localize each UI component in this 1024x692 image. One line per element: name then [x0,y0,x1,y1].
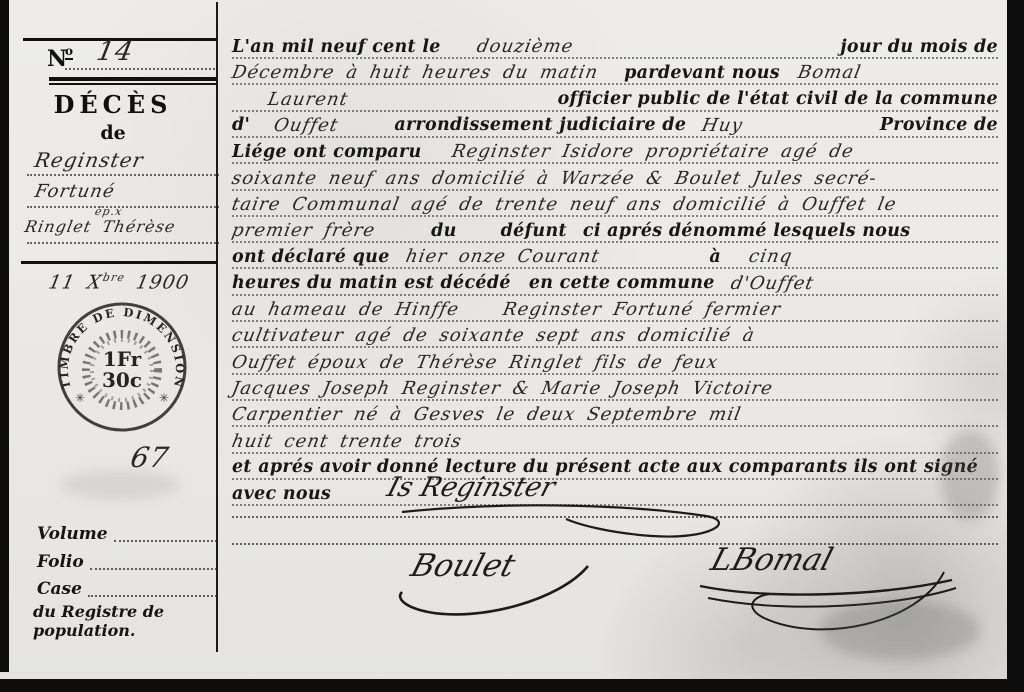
printed-form-text: Liége ont comparu [232,144,422,162]
printed-form-text: ci aprés dénommé lesquels nous [583,223,911,241]
handwritten-entry: Ouffet [272,117,340,135]
body-line-15: Carpentier né à Gesves le deux Septembre… [232,398,998,427]
body-line-6: soixante neuf ans domicilié à Warzée & B… [232,162,998,191]
printed-form-text: pardevant nous [624,65,780,83]
printed-form-text: à [709,249,721,267]
act-body: L'an mil neuf cent ledouzièmejour du moi… [0,0,1024,692]
handwritten-entry: huit cent trente trois [230,433,463,451]
handwritten-entry: soixante neuf ans domicilié à Warzée & B… [230,170,878,188]
handwritten-entry: taire Communal agé de trente neuf ans do… [230,196,898,214]
body-line-13: Ouffet époux de Thérèse Ringlet fils de … [232,346,998,375]
handwritten-entry: Bomal [796,64,863,82]
printed-form-text: ont déclaré que [232,249,390,267]
paper-smudge [820,600,980,660]
printed-form-text: d' [232,117,250,135]
body-line-18: avec nous [232,477,998,506]
body-line-3: Laurentofficier public de l'état civil d… [232,83,998,112]
handwritten-entry: Reginster Isidore propriétaire agé de [450,143,855,161]
body-line-12: cultivateur agé de soixante sept ans dom… [232,319,998,348]
handwritten-entry: douzième [475,38,575,56]
printed-form-text: arrondissement judiciaire de [394,117,686,135]
printed-form-text: avec nous [232,486,331,504]
handwritten-entry: Carpentier né à Gesves le deux Septembre… [230,406,743,424]
printed-form-text: et aprés avoir donné lecture du présent … [232,459,978,477]
body-line-7: taire Communal agé de trente neuf ans do… [232,188,998,217]
ink-bleed-mark [940,430,1000,520]
body-line-1: L'an mil neuf cent ledouzièmejour du moi… [232,30,998,59]
body-line-17: et aprés avoir donné lecture du présent … [232,451,998,480]
signature-dotted-line [232,543,998,545]
handwritten-entry: hier onze Courant [404,248,601,266]
printed-form-text: Province de [880,117,998,135]
body-line-4: d'Ouffetarrondissement judiciaire deHuyP… [232,109,998,138]
handwritten-entry: cultivateur agé de soixante sept ans dom… [230,327,756,345]
handwritten-entry: au hameau de Hinffe [230,301,460,319]
body-line-5: Liége ont comparuReginster Isidore propr… [232,135,998,164]
printed-form-text: en cette commune [529,275,715,293]
death-certificate-page: N o 14 DÉCÈS de Reginster Fortuné ép.x R… [0,0,1024,692]
handwritten-entry: Ouffet époux de Thérèse Ringlet fils de … [230,354,720,372]
handwritten-entry: cinq [747,248,794,266]
printed-form-text: défunt [501,223,567,241]
handwritten-entry: premier frère [230,222,377,240]
body-line-16: huit cent trente trois [232,425,998,454]
body-line-11: au hameau de HinffeReginster Fortuné fer… [232,293,998,322]
paper-smudge [60,470,180,500]
handwritten-entry: Reginster Fortuné fermier [501,301,782,319]
body-line-9: ont déclaré quehier onze Courantàcinq [232,240,998,269]
printed-form-text: du [431,223,457,241]
printed-form-text: jour du mois de [840,39,998,57]
signature-declarant: Is Reginster [384,472,559,503]
signature-witness: Boulet [407,548,519,584]
body-line-8: premier frèredudéfuntci aprés dénommé le… [232,214,998,243]
body-line-2: Décembre à huit heures du matinpardevant… [232,56,998,85]
signature-officer: LBomal [707,542,837,578]
handwritten-entry: Jacques Joseph Reginster & Marie Joseph … [230,380,774,398]
handwritten-entry: d'Ouffet [729,275,815,293]
handwritten-entry: Laurent [266,91,350,109]
handwritten-entry: Décembre à huit heures du matin [230,64,600,82]
printed-form-text: officier public de l'état civil de la co… [558,91,998,109]
body-line-10: heures du matin est décédéen cette commu… [232,267,998,296]
handwritten-entry: Huy [701,117,745,135]
signature-dotted-line [232,516,998,518]
body-line-14: Jacques Joseph Reginster & Marie Joseph … [232,372,998,401]
printed-form-text: heures du matin est décédé [232,275,511,293]
printed-form-text: L'an mil neuf cent le [232,39,441,57]
